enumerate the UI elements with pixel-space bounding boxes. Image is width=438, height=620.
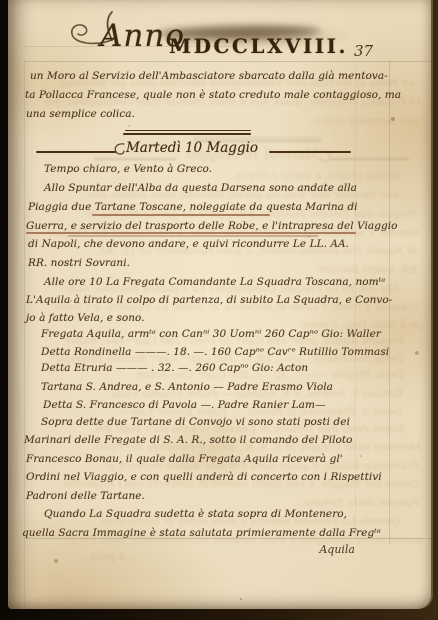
manuscript-line: quella Sacra Immagine è stata salutata p… [22, 527, 381, 539]
ship-list-line: Detta S. Francesco di Pavola —. Padre Ra… [43, 399, 326, 411]
rust-underline [92, 214, 270, 216]
manuscript-scan: Anno MDCCLXVIII. 37 un Moro al Servizio … [0, 0, 438, 620]
rust-underline [26, 232, 356, 234]
manuscript-line: Allo Spuntar dell'Alba da questa Darsena… [44, 182, 357, 194]
rust-underline [68, 235, 318, 237]
divider-rule-lower [123, 133, 251, 135]
manuscript-line: Padroni delle Tartane. [26, 490, 145, 502]
date-rule-right [269, 151, 351, 153]
ship-list-line: Detta Rondinella ———. 18. —. 160 Capⁿᵒ C… [41, 346, 389, 358]
manuscript-line: Alle ore 10 La Fregata Comandante La Squ… [44, 276, 385, 288]
catchword: Aquila [248, 543, 355, 556]
manuscript-line: di Napoli, che devono andare, e quivi ri… [28, 238, 349, 250]
manuscript-line: Quando La Squadra sudetta è stata sopra … [44, 508, 347, 520]
manuscript-line: Ordini nel Viaggio, e con quelli anderà … [26, 471, 382, 483]
manuscript-line: RR. nostri Sovrani. [28, 257, 130, 269]
weather-line: Tempo chiaro, e Vento à Greco. [44, 163, 212, 175]
manuscript-page: Anno MDCCLXVIII. 37 un Moro al Servizio … [8, 0, 431, 609]
manuscript-line: Guerra, e servizio del trasporto delle R… [26, 220, 398, 232]
manuscript-line: L'Aquila à tirato il colpo di partenza, … [26, 294, 392, 306]
ship-list-line: Fregata Aquila, armᵗᵃ con Canⁿⁱ 30 Uomⁿⁱ… [41, 328, 381, 340]
divider-rule-upper [125, 130, 251, 131]
manuscript-line: Piaggia due Tartane Toscane, noleggiate … [28, 201, 358, 213]
manuscript-line: Marinari delle Fregate di S. A. R., sott… [24, 434, 353, 446]
text-layer: un Moro al Servizio dell'Ambasciatore sb… [8, 0, 431, 609]
manuscript-line: Francesco Bonau, il quale dalla Fregata … [26, 453, 343, 465]
ship-list-line: Detta Etruria ——— . 32. —. 260 Capⁿᵒ Gio… [41, 362, 308, 374]
manuscript-line: Sopra dette due Tartane di Convojo vi so… [41, 416, 350, 428]
manuscript-line: un Moro al Servizio dell'Ambasciatore sb… [30, 70, 388, 82]
date-heading: Martedì 10 Maggio [114, 140, 270, 156]
manuscript-line: jo à fatto Vela, e sono. [26, 312, 145, 324]
ship-list-line: Tartana S. Andrea, e S. Antonio — Padre … [41, 381, 333, 393]
manuscript-line: ta Pollacca Francese, quale non è stato … [25, 89, 401, 101]
date-rule-left [36, 151, 116, 153]
manuscript-line: una semplice colica. [26, 108, 135, 120]
